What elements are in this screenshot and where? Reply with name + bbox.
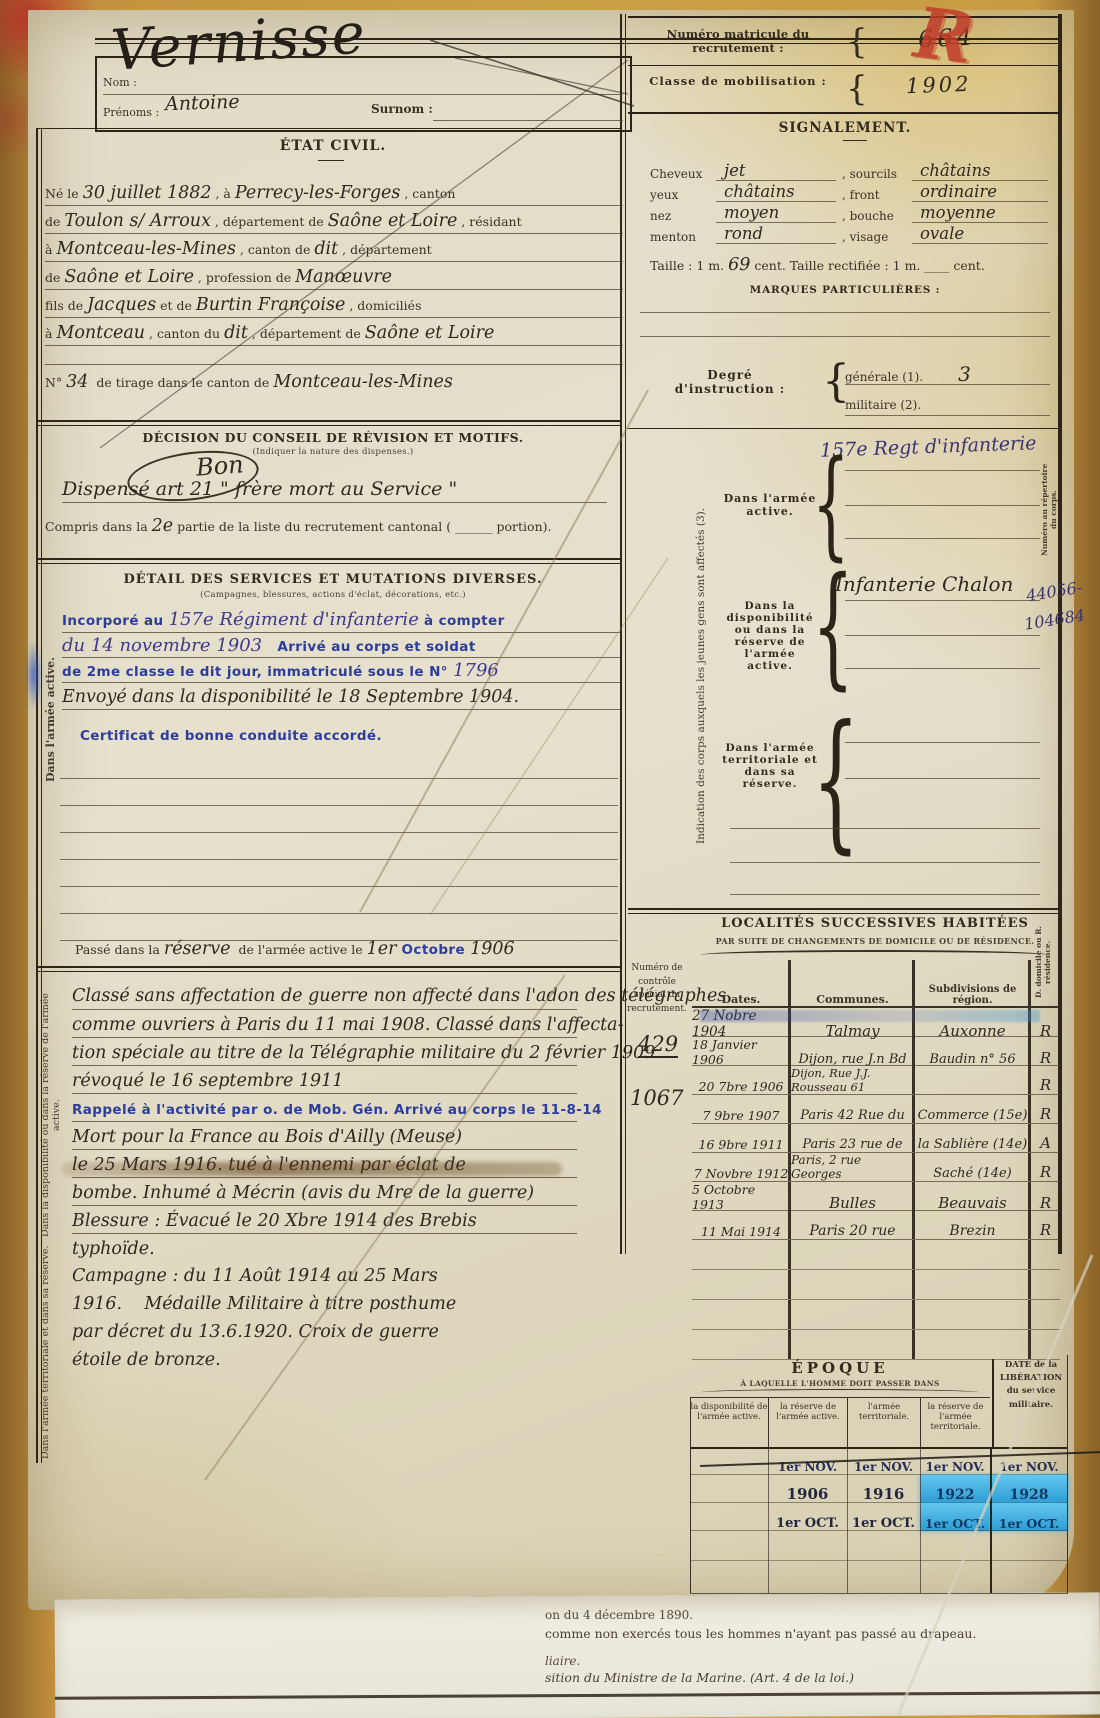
localites-blank-row	[692, 1270, 1060, 1300]
commune-cell: Dijon, rue J.n Bd	[790, 1037, 914, 1067]
services-subtitle: (Campagnes, blessures, actions d'éclat, …	[40, 590, 626, 600]
text-segment: à	[45, 242, 56, 257]
blank-line	[60, 806, 618, 833]
trait-value: moyen	[716, 203, 836, 223]
reserve-line: révoqué le 16 septembre 1911	[72, 1066, 577, 1094]
localites-title: LOCALITÉS SUCCESSIVES HABITÉES	[692, 916, 1058, 931]
date-cell: 16 9bre 1911	[692, 1124, 790, 1152]
etat-civil-line: Né le 30 juillet 1882 , à Perrecy-les-Fo…	[45, 178, 623, 206]
passe-reserve-line: Passé dans la réserve de l'armée active …	[75, 934, 620, 962]
reserve-line: Blessure : Évacué le 20 Xbre 1914 des Br…	[72, 1206, 577, 1234]
blank-line	[730, 894, 1040, 895]
certificat-line: Certificat de bonne conduite accordé.	[80, 722, 580, 746]
localites-row: 20 7bre 1906 Dijon, Rue J.J. Rousseau 61…	[692, 1066, 1060, 1095]
commune-cell: Paris 20 rue	[790, 1211, 914, 1239]
col-header-communes: Communes.	[790, 960, 914, 1006]
subdivision-cell: Brezin	[914, 1211, 1030, 1239]
blank-line	[60, 752, 618, 779]
text-segment: Toulon s/ Arroux	[64, 211, 211, 231]
instruction-militaire-row: militaire (2).	[845, 394, 1050, 416]
controle-label: Numéro de contrôle spécial du recrutemen…	[624, 962, 690, 1016]
services-lines: Incorporé au 157e Régiment d'infanterie …	[62, 606, 620, 710]
text-segment: 1916. Médaille Militaire à titre posthum…	[72, 1294, 456, 1314]
text-segment: , à	[212, 186, 235, 201]
etat-civil-line: de Toulon s/ Arroux , département de Saô…	[45, 206, 623, 234]
text-segment: Montceau-les-Mines	[273, 372, 453, 392]
table-vertical-rule	[690, 1397, 691, 1593]
etat-civil-lines: Né le 30 juillet 1882 , à Perrecy-les-Fo…	[45, 178, 623, 397]
year-cell: 1916	[847, 1475, 920, 1503]
text-segment: Saône et Loire	[328, 211, 458, 231]
text-segment: 157e Régiment d'infanterie	[169, 609, 419, 630]
section-divider	[38, 420, 620, 426]
red-check-mark: R	[910, 0, 978, 80]
taille-line: Taille : 1 m. 69 cent. Taille rectifiée …	[650, 252, 1048, 276]
table-vertical-rule	[920, 1447, 921, 1593]
epoque-col-header: l'armée territoriale.	[847, 1398, 920, 1448]
epoque-col-headers: la disponibilité de l'armée active. la r…	[690, 1397, 990, 1448]
subdivision-cell	[914, 1066, 1030, 1094]
trait-value: ovale	[912, 224, 1048, 244]
reserve-line: comme ouvriers à Paris du 11 mai 1908. C…	[72, 1010, 577, 1038]
marques-label: MARQUES PARTICULIÈRES :	[628, 284, 1062, 296]
table-vertical-rule	[990, 1447, 992, 1593]
text-segment: Manœuvre	[295, 267, 392, 287]
reserve-line: Classé sans affectation de guerre non af…	[72, 982, 577, 1010]
year-cell-highlighted: 1928	[990, 1475, 1068, 1503]
generale-value: 3	[958, 362, 971, 386]
text-segment: 1er	[367, 939, 397, 959]
commune-cell: Dijon, Rue J.J. Rousseau 61	[790, 1066, 914, 1094]
section-divider	[628, 908, 1058, 914]
text-segment: Incorporé au	[62, 613, 169, 629]
controle-number: 1067	[630, 1086, 683, 1110]
text-segment: , domiciliés	[345, 298, 421, 313]
service-line: du 14 novembre 1903 Arrivé au corps et s…	[62, 633, 620, 658]
struck-stamp-smudge	[700, 1010, 1040, 1022]
dr-cell: R	[1030, 1066, 1060, 1094]
instruction-generale-row: générale (1). 3	[845, 362, 1050, 385]
surnom-label: Surnom :	[371, 102, 433, 116]
epoque-col-header: la réserve de l'armée active.	[768, 1398, 847, 1448]
identity-box: Nom : Prénoms : Antoine Surnom : Verniss…	[95, 56, 632, 132]
blank-line	[45, 346, 623, 365]
trait-value: jet	[716, 161, 836, 181]
blank-line	[640, 336, 1050, 337]
footer-fragment: on du 4 décembre 1890.	[545, 1608, 693, 1622]
service-line: Incorporé au 157e Régiment d'infanterie …	[62, 606, 620, 633]
title-dash	[843, 140, 867, 141]
margin-label-territoriale: Dans l'armée territoriale et dans sa rés…	[40, 1245, 66, 1460]
prenoms-label: Prénoms :	[103, 106, 159, 119]
military-register-sheet: Nom : Prénoms : Antoine Surnom : Verniss…	[0, 0, 1100, 1718]
row-rule	[690, 1560, 1068, 1561]
text-segment: Certificat de bonne conduite accordé.	[80, 728, 382, 744]
text-segment: de tirage dans le canton de	[88, 375, 273, 390]
text-segment: Compris dans la	[45, 519, 152, 534]
text-segment: partie de la liste du recrutement canton…	[173, 519, 551, 534]
localites-subtitle: PAR SUITE DE CHANGEMENTS DE DOMICILE OU …	[692, 936, 1058, 946]
footer-fragment: liaire.	[545, 1654, 580, 1668]
section-divider	[38, 558, 620, 564]
localites-row: 16 9bre 1911 Paris 23 rue de la Sablière…	[692, 1124, 1060, 1153]
classe-row: Classe de mobilisation : 1902	[628, 65, 1062, 112]
oct-cell: 1er OCT.	[768, 1503, 847, 1531]
instruction-label: Degré d'instruction :	[660, 368, 800, 396]
text-segment: Octobre	[396, 942, 470, 958]
numero-matricule-label: Numéro matricule du recrutement :	[638, 27, 838, 55]
curly-divider	[700, 950, 1050, 960]
text-segment: de	[45, 214, 64, 229]
date-cell: 7 9bre 1907	[692, 1095, 790, 1123]
brace	[812, 706, 860, 856]
signalement-rows: Cheveux jet , sourcils châtains yeux châ…	[650, 160, 1048, 244]
etat-civil-line: à Montceau , canton du dit , département…	[45, 318, 623, 346]
table-bottom-rule	[690, 1593, 1068, 1594]
epoque-subtitle: À LAQUELLE L'HOMME DOIT PASSER DANS	[690, 1379, 990, 1388]
text-segment: , canton	[400, 186, 455, 201]
dr-cell: R	[1030, 1037, 1060, 1067]
text-segment: , canton du	[145, 326, 224, 341]
text-segment: dit	[224, 323, 248, 343]
blank-line	[60, 779, 618, 806]
dr-cell: R	[1030, 1095, 1060, 1123]
blank-line	[845, 668, 1040, 669]
empty-cell	[690, 1475, 768, 1503]
oct-cell: 1er OCT.	[847, 1503, 920, 1531]
matricule-box: Numéro matricule du recrutement : 664 Cl…	[628, 16, 1062, 114]
text-segment: Né le	[45, 186, 83, 201]
dr-cell: A	[1030, 1124, 1060, 1152]
localites-row: 11 Mai 1914 Paris 20 rue Brezin R	[692, 1211, 1060, 1240]
etat-civil-line: fils de Jacques et de Burtin Françoise ,…	[45, 290, 623, 318]
prenoms-row: Prénoms : Antoine Surnom :	[103, 94, 623, 128]
localites-header-row: Dates. Communes. Subdivisions de région.	[692, 960, 1060, 1008]
classe-label: Classe de mobilisation :	[638, 74, 838, 88]
title-dash	[318, 160, 344, 161]
subdivision-cell: Baudin n° 56	[914, 1037, 1030, 1067]
etat-civil-line: de Saône et Loire , profession de Manœuv…	[45, 262, 623, 290]
oct-cell-highlighted: 1er OCT.	[990, 1503, 1068, 1531]
nov-cell: 1er NOV.	[847, 1447, 920, 1474]
services-title: DÉTAIL DES SERVICES ET MUTATIONS DIVERSE…	[40, 572, 626, 587]
blank-line	[845, 778, 1040, 779]
dr-cell: R	[1030, 1153, 1060, 1181]
epoque-row-nov: 1er NOV. 1er NOV. 1er NOV. 1er NOV.	[690, 1447, 1068, 1474]
text-segment: 69	[728, 255, 750, 275]
trait-label: , front	[836, 188, 912, 202]
reserve-line: Mort pour la France au Bois d'Ailly (Meu…	[72, 1122, 577, 1150]
trait-label: , sourcils	[836, 167, 912, 181]
text-segment: 30 juillet 1882	[83, 183, 212, 203]
text-segment: à compter	[419, 613, 505, 629]
corps-dispo-label: Dans la disponibilité ou dans la réserve…	[720, 600, 820, 672]
text-segment: bombe. Inhumé à Mécrin (avis du Mre de l…	[72, 1183, 534, 1203]
signalement-row: yeux châtains , front ordinaire	[650, 181, 1048, 202]
text-segment: de	[45, 270, 64, 285]
section-divider	[628, 428, 1058, 429]
blank-line	[845, 470, 1040, 471]
blue-ink-smudge	[26, 640, 42, 710]
decision-subtitle: (Indiquer la nature des dispenses.)	[40, 447, 626, 457]
epoque-row-oct: 1er OCT. 1er OCT. 1er OCT. 1er OCT.	[690, 1502, 1068, 1531]
trait-label: , bouche	[836, 209, 912, 223]
subdivision-cell: Saché (14e)	[914, 1153, 1030, 1181]
controle-number: 429	[638, 1032, 678, 1058]
commune-cell: Paris 23 rue de	[790, 1124, 914, 1152]
text-segment: cent. Taille rectifiée : 1 m. ____ cent.	[750, 258, 984, 273]
table-vertical-rule	[847, 1447, 848, 1593]
text-segment: Taille : 1 m.	[650, 258, 728, 273]
text-segment: étoile de bronze.	[72, 1350, 221, 1370]
etat-civil-line: à Montceau-les-Mines , canton de dit , d…	[45, 234, 623, 262]
localites-table: Dates. Communes. Subdivisions de région.…	[692, 960, 1060, 1360]
signalement-title: SIGNALEMENT.	[628, 120, 1062, 136]
text-segment: , département de	[211, 214, 328, 229]
trait-value: ordinaire	[912, 182, 1048, 202]
trait-value: châtains	[716, 182, 836, 202]
text-segment: N°	[45, 375, 66, 390]
row-rule	[690, 1530, 1068, 1531]
blank-line	[60, 833, 618, 860]
text-segment: par décret du 13.6.1920. Croix de guerre	[72, 1322, 439, 1342]
col-header-subdivisions: Subdivisions de région.	[914, 960, 1030, 1006]
tirage-line: N° 34 de tirage dans le canton de Montce…	[45, 365, 623, 397]
reserve-line: typhoïde.	[72, 1234, 577, 1261]
commune-cell: Bulles	[790, 1182, 914, 1212]
nov-cell: 1er NOV.	[990, 1447, 1068, 1474]
table-vertical-rule	[768, 1447, 769, 1593]
col-header-dr-spacer	[1030, 960, 1060, 1006]
trait-value: châtains	[912, 161, 1048, 181]
reserve-line: Rappelé à l'activité par o. de Mob. Gén.…	[72, 1094, 577, 1122]
militaire-label: militaire (2).	[845, 398, 921, 412]
brace	[846, 22, 868, 62]
text-segment: , canton de	[236, 242, 314, 257]
subdivision-cell: Commerce (15e)	[914, 1095, 1030, 1123]
text-segment: Montceau	[56, 323, 145, 343]
text-segment: Envoyé dans la disponibilité le 18 Septe…	[62, 687, 519, 707]
epoque-col-header: la réserve de l'armée territoriale.	[920, 1398, 990, 1448]
col-header-dates: Dates.	[692, 960, 790, 1006]
ink-smear	[62, 1162, 562, 1176]
footer-fragment: comme non exercés tous les hommes n'ayan…	[545, 1626, 976, 1641]
text-segment: typhoïde.	[72, 1239, 155, 1259]
prenoms-value: Antoine	[165, 91, 240, 116]
numero-matricule-row: Numéro matricule du recrutement : 664	[628, 18, 1062, 66]
surnom-blank-line	[433, 120, 623, 121]
text-segment: Saône et Loire	[365, 323, 495, 343]
empty-cell	[690, 1447, 768, 1474]
decision-title: DÉCISION DU CONSEIL DE RÉVISION ET MOTIF…	[40, 430, 626, 445]
blank-line	[845, 600, 1040, 601]
epoque-date-header: DATE de la LIBÉRATION du service militai…	[992, 1359, 1068, 1447]
text-segment: de l'armée active le	[231, 942, 367, 957]
localites-blank-row	[692, 1240, 1060, 1270]
nov-cell: 1er NOV.	[768, 1447, 847, 1474]
service-line: de 2me classe le dit jour, immatriculé s…	[62, 658, 620, 683]
trait-label: Cheveux	[650, 167, 716, 181]
text-segment: tion spéciale au titre de la Télégraphie…	[72, 1043, 661, 1063]
text-segment: Rappelé à l'activité par o. de Mob. Gén.…	[72, 1102, 602, 1118]
signalement-row: menton rond , visage ovale	[650, 223, 1048, 244]
blank-line	[640, 312, 1050, 313]
trait-label: menton	[650, 230, 716, 244]
text-segment: Jacques	[87, 295, 156, 315]
text-segment: Montceau-les-Mines	[56, 239, 236, 259]
text-segment: et de	[156, 298, 196, 313]
reserve-line: bombe. Inhumé à Mécrin (avis du Mre de l…	[72, 1178, 577, 1206]
date-cell: 11 Mai 1914	[692, 1211, 790, 1239]
footer-fragment: sition du Ministre de la Marine. (Art. 4…	[545, 1670, 854, 1685]
margin-label-disponibilite: Dans la disponibilité ou dans la réserve…	[40, 990, 66, 1240]
reserve-line: tion spéciale au titre de la Télégraphie…	[72, 1038, 577, 1066]
text-segment: Arrivé au corps et soldat	[262, 639, 476, 655]
generale-label: générale (1).	[845, 370, 923, 384]
curly-divider	[700, 1389, 980, 1396]
blank-line	[60, 887, 618, 914]
text-segment: Perrecy-les-Forges	[235, 183, 401, 203]
text-segment: , département de	[248, 326, 365, 341]
blank-line	[730, 862, 1040, 863]
year-cell-highlighted: 1922	[920, 1475, 990, 1503]
text-segment: Saône et Loire	[64, 267, 194, 287]
blank-line	[730, 828, 1040, 829]
reserve-lines: Classé sans affectation de guerre non af…	[72, 982, 577, 1373]
decision-motif: Dispensé art 21 " frère mort au Service …	[62, 474, 607, 503]
corps-territoriale-label: Dans l'armée territoriale et dans sa rés…	[720, 742, 820, 790]
text-segment: Blessure : Évacué le 20 Xbre 1914 des Br…	[72, 1211, 477, 1231]
subdivision-cell: la Sablière (14e)	[914, 1124, 1030, 1152]
subdivision-cell: Beauvais	[914, 1182, 1030, 1212]
blank-ruled-lines	[60, 752, 618, 941]
date-cell: 20 7bre 1906	[692, 1066, 790, 1094]
corps-dispo-value: Infanterie Chalon	[835, 572, 1013, 596]
etat-civil-title: ÉTAT CIVIL.	[40, 138, 626, 154]
trait-value: moyenne	[912, 203, 1048, 223]
localites-row: 7 9bre 1907 Paris 42 Rue du Commerce (15…	[692, 1095, 1060, 1124]
text-segment: 1906	[470, 939, 515, 959]
trait-label: nez	[650, 209, 716, 223]
reserve-line: Campagne : du 11 Août 1914 au 25 Mars	[72, 1261, 577, 1289]
trait-value: rond	[716, 224, 836, 244]
text-segment: , résidant	[457, 214, 521, 229]
date-cell: 18 Janvier 1906	[692, 1037, 790, 1067]
text-segment: comme ouvriers à Paris du 11 mai 1908. C…	[72, 1015, 624, 1035]
dr-cell: R	[1030, 1211, 1060, 1239]
text-segment: réserve	[164, 939, 231, 959]
text-segment: , département	[338, 242, 432, 257]
blank-line	[845, 505, 1040, 506]
signalement-row: nez moyen , bouche moyenne	[650, 202, 1048, 223]
blank-line	[845, 635, 1040, 636]
text-segment: 2e	[152, 516, 174, 536]
commune-cell: Paris, 2 rue Georges	[790, 1153, 914, 1181]
text-segment: révoqué le 16 septembre 1911	[72, 1071, 343, 1091]
compris-line: Compris dans la 2e partie de la liste du…	[45, 512, 623, 538]
commune-cell: Paris 42 Rue du	[790, 1095, 914, 1123]
text-segment: 34	[66, 372, 88, 392]
trait-label: , visage	[836, 230, 912, 244]
brace	[812, 444, 850, 562]
text-segment: fils de	[45, 298, 87, 313]
date-cell: 7 Novbre 1912	[692, 1153, 790, 1181]
corps-vertical-label: Indication des corps auxquels les jeunes…	[695, 448, 715, 903]
reserve-line: 1916. Médaille Militaire à titre posthum…	[72, 1289, 577, 1317]
text-segment: , profession de	[194, 270, 295, 285]
text-segment: à	[45, 326, 56, 341]
text-segment: dit	[314, 239, 338, 259]
year-cell: 1906	[768, 1475, 847, 1503]
localites-row: 18 Janvier 1906 Dijon, rue J.n Bd Baudin…	[692, 1037, 1060, 1066]
empty-cell	[690, 1503, 768, 1531]
blank-line	[845, 538, 1040, 539]
localites-blank-row	[692, 1300, 1060, 1330]
brace	[846, 69, 868, 109]
epoque-row-years: 1906 1916 1922 1928	[690, 1474, 1068, 1503]
text-segment: 1796	[453, 660, 499, 681]
brace	[812, 560, 854, 692]
oct-cell-highlighted: 1er OCT.	[920, 1503, 990, 1531]
localites-row: 7 Novbre 1912 Paris, 2 rue Georges Saché…	[692, 1153, 1060, 1182]
reserve-line: étoile de bronze.	[72, 1345, 577, 1373]
text-segment: de 2me classe le dit jour, immatriculé s…	[62, 664, 453, 680]
text-segment: Passé dans la	[75, 942, 164, 957]
service-line: Envoyé dans la disponibilité le 18 Septe…	[62, 683, 620, 710]
text-segment: du 14 novembre 1903	[62, 635, 262, 656]
blank-line	[60, 860, 618, 887]
reserve-line: par décret du 13.6.1920. Croix de guerre	[72, 1317, 577, 1345]
repertoire-vertical-label: Numéro au répertoire du corps.	[1040, 462, 1060, 557]
dr-cell: R	[1030, 1182, 1060, 1212]
date-cell: 5 Octobre 1913	[692, 1182, 790, 1212]
text-segment: Campagne : du 11 Août 1914 au 25 Mars	[72, 1266, 438, 1286]
signalement-row: Cheveux jet , sourcils châtains	[650, 160, 1048, 181]
blank-line	[845, 742, 1040, 743]
nov-cell: 1er NOV.	[920, 1447, 990, 1474]
table-vertical-rule	[1067, 1355, 1068, 1593]
trait-label: yeux	[650, 188, 716, 202]
epoque-table: ÉPOQUE À LAQUELLE L'HOMME DOIT PASSER DA…	[690, 1355, 1068, 1595]
text-segment: Mort pour la France au Bois d'Ailly (Meu…	[72, 1127, 462, 1147]
epoque-col-header: la disponibilité de l'armée active.	[690, 1398, 768, 1448]
epoque-title: ÉPOQUE	[690, 1359, 990, 1377]
localites-row: 5 Octobre 1913 Bulles Beauvais R	[692, 1182, 1060, 1211]
text-segment: Burtin Françoise	[196, 295, 345, 315]
corps-active-label: Dans l'armée active.	[722, 492, 818, 518]
section-divider	[38, 966, 620, 972]
